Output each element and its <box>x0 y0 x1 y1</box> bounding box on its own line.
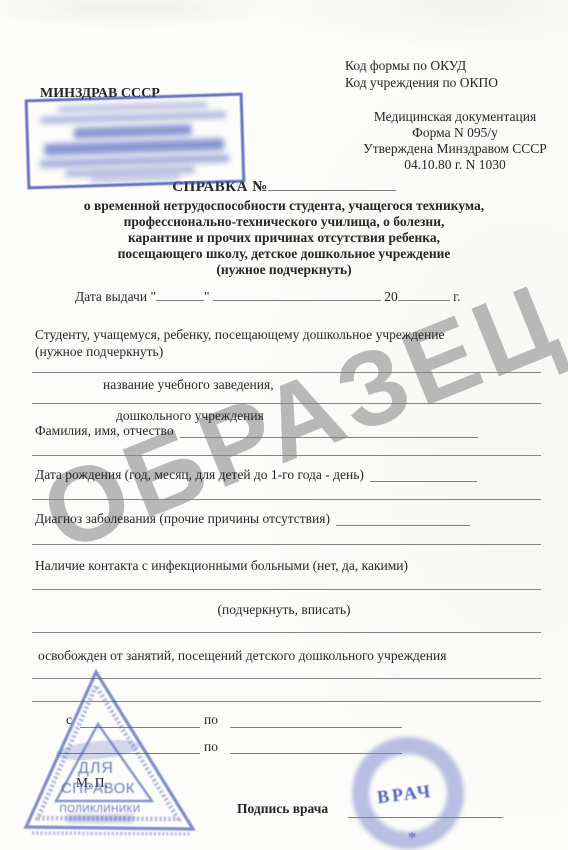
form-number: Форма N 095/у <box>345 125 565 141</box>
blank-line <box>32 701 541 702</box>
okud-code-label: Код формы по ОКУД <box>345 58 466 74</box>
from-date-blank <box>80 727 200 728</box>
approved-by: Утверждена Минздравом СССР <box>345 141 565 157</box>
preschool-caption: дошкольного учреждения <box>116 408 264 424</box>
subtitle-line: посещающего школу, детское дошкольное уч… <box>34 246 534 262</box>
certificate-number-blank <box>268 178 396 191</box>
blank-line <box>32 632 541 633</box>
stamp-blurred-line <box>44 138 224 156</box>
blank-line <box>32 403 541 404</box>
to-date-blank <box>230 727 402 728</box>
signature-label: Подпись врача <box>237 801 328 817</box>
stamp-blurred-line <box>40 111 226 124</box>
quote-close: " <box>204 289 210 304</box>
blank-line <box>32 499 541 500</box>
released-label: освобожден от занятий, посещений детског… <box>38 648 446 664</box>
certificate-page: ОБРАЗЕЦ Код формы по ОКУД Код учреждения… <box>0 0 568 850</box>
stamp-blurred-line <box>58 102 208 113</box>
diagnosis-blank <box>336 513 470 526</box>
issue-date-row: Дата выдачи "" 20 г. <box>75 288 460 305</box>
doctor-stamp-text: ВРАЧ <box>376 781 434 809</box>
year-prefix: 20 <box>384 289 398 304</box>
med-doc-block: Медицинская документация Форма N 095/у У… <box>345 109 565 173</box>
signature-blank <box>348 817 503 818</box>
certificate-subtitle: о временной нетрудоспособности студента,… <box>34 198 534 278</box>
okpo-code-label: Код учреждения по ОКПО <box>345 75 498 91</box>
name-blank <box>180 425 478 438</box>
school-caption: название учебного заведения, <box>103 377 274 393</box>
blank-line <box>32 678 541 679</box>
blank-line <box>32 372 541 373</box>
blank-line <box>32 455 541 456</box>
blank-line <box>32 544 541 545</box>
student-line2: (нужное подчеркнуть) <box>35 344 163 360</box>
from-label: с <box>66 712 72 728</box>
certificate-title-row: СПРАВКА № <box>0 178 568 197</box>
doctor-stamp-star: * <box>408 828 417 848</box>
ministry-title: МИНЗДРАВ СССР <box>40 86 160 103</box>
diagnosis-label: Диагноз заболевания (прочие причины отсу… <box>35 511 330 527</box>
approval-date: 04.10.80 г. N 1030 <box>345 157 565 173</box>
blank-line <box>32 589 541 590</box>
stamp-blurred-line <box>74 124 192 139</box>
subtitle-line: карантине и прочих причинах отсутствия р… <box>34 230 534 246</box>
student-line1: Студенту, учащемуся, ребенку, посещающем… <box>35 327 445 343</box>
diagnosis-row: Диагноз заболевания (прочие причины отсу… <box>35 511 470 527</box>
underline-note: (подчеркнуть, вписать) <box>0 602 568 618</box>
stamp-blurred-line <box>40 154 230 168</box>
triangle-reference-stamp: ДЛЯ СПРАВОК ПОЛИКЛИНИКИ <box>18 666 200 836</box>
to-label: по <box>204 712 218 728</box>
subtitle-line: профессионально-технического училища, о … <box>34 214 534 230</box>
year-suffix: г. <box>453 289 460 304</box>
birth-blank <box>370 469 477 482</box>
month-blank <box>213 288 381 301</box>
med-doc-line: Медицинская документация <box>345 109 565 125</box>
subtitle-line: о временной нетрудоспособности студента,… <box>34 198 534 214</box>
birth-label: Дата рождения (год, месяц, для детей до … <box>35 467 364 483</box>
from-date-blank <box>60 753 200 754</box>
to-label: по <box>204 739 218 755</box>
triangle-stamp-line3: ПОЛИКЛИНИКИ <box>59 804 140 815</box>
year-blank <box>398 288 450 301</box>
clinic-rect-stamp <box>25 93 246 190</box>
to-date-blank <box>230 753 402 754</box>
name-row: Фамилия, имя, отчество <box>35 423 478 439</box>
day-blank <box>156 288 204 301</box>
stamp-blurred-line <box>65 166 195 177</box>
contact-label: Наличие контакта с инфекционными больным… <box>35 558 408 574</box>
name-label: Фамилия, имя, отчество <box>35 423 174 439</box>
issue-date-label: Дата выдачи <box>75 289 147 304</box>
subtitle-line: (нужное подчеркнуть) <box>34 262 534 278</box>
birth-row: Дата рождения (год, месяц, для детей до … <box>35 467 477 483</box>
seal-place-label: М. П. <box>76 775 108 791</box>
certificate-title: СПРАВКА № <box>172 179 268 195</box>
